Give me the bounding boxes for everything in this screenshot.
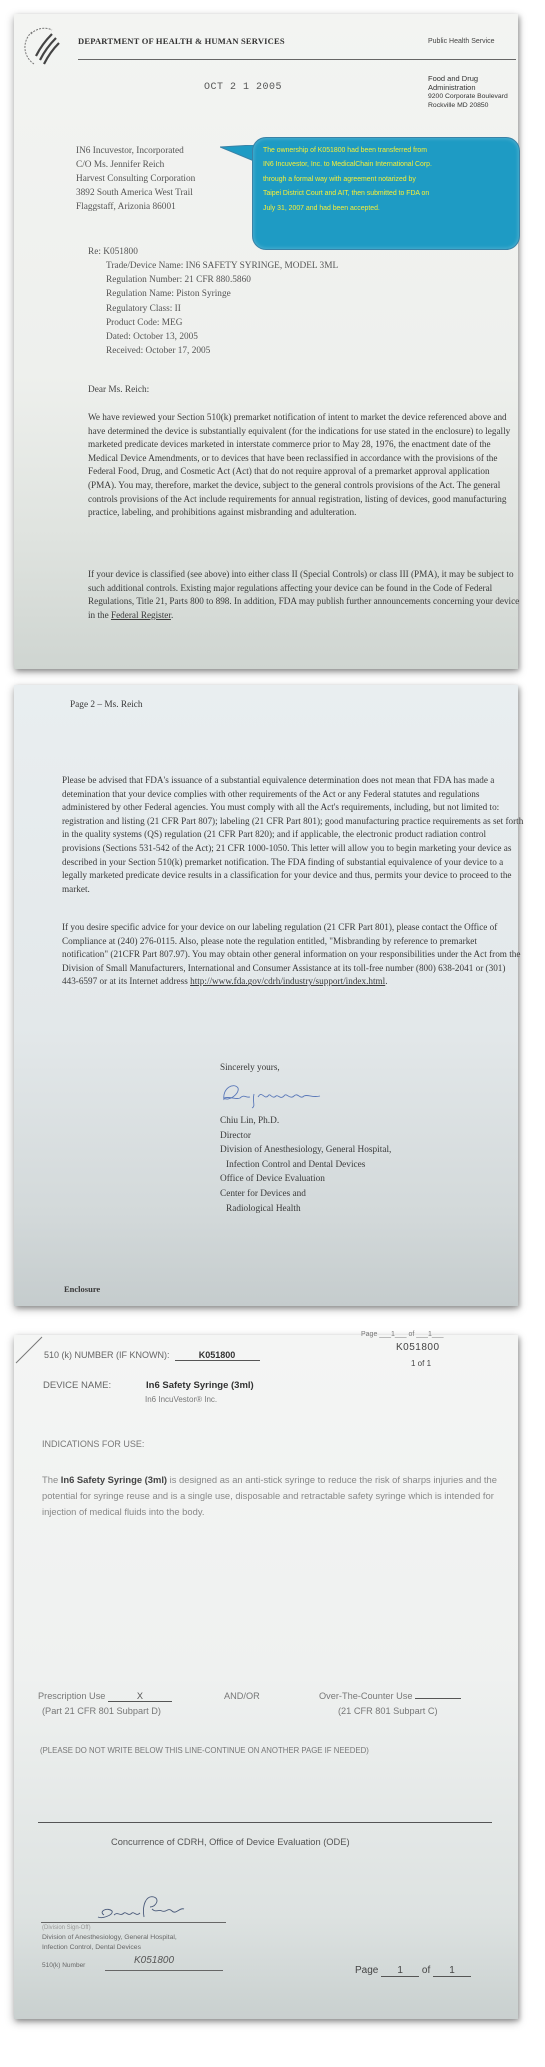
handwritten-k-number: K051800 [396, 1342, 440, 1353]
re-item: Received: October 17, 2005 [106, 344, 338, 358]
re-item: Product Code: MEG [106, 316, 338, 330]
device-name-value: In6 Safety Syringe (3ml) [146, 1380, 254, 1391]
corner-mark [14, 1335, 44, 1365]
k-number-footer-label: 510(k) Number [42, 1962, 85, 1969]
otc-use-label: Over-The-Counter Use [319, 1691, 412, 1701]
header-divider [78, 59, 516, 60]
address-line: Harvest Consulting Corporation [76, 172, 195, 186]
re-item: Regulatory Class: II [106, 302, 338, 316]
indications-label: INDICATIONS FOR USE: [42, 1439, 144, 1449]
page-total: 1 [433, 1965, 471, 1977]
signer-title: Director [220, 1129, 391, 1144]
callout-line: Taipei District Court and AIT, then subm… [263, 187, 517, 201]
agency-line: Rockville MD 20850 [428, 101, 518, 110]
write-notice: (PLEASE DO NOT WRITE BELOW THIS LINE-CON… [40, 1746, 369, 1755]
agency-line: 9200 Corporate Boulevard [428, 92, 518, 101]
re-item: Dated: October 13, 2005 [106, 330, 338, 344]
service-name: Public Health Service [428, 38, 495, 45]
indications-pre: The [42, 1474, 61, 1485]
division-signature [84, 1891, 204, 1923]
signature-line [41, 1922, 226, 1923]
federal-register-link[interactable]: Federal Register [111, 610, 171, 620]
prescription-use-row: Prescription Use X [38, 1691, 172, 1702]
address-line: C/O Ms. Jennifer Reich [76, 158, 195, 172]
otc-use-checkbox[interactable] [415, 1698, 461, 1699]
k-number-row: 510 (k) NUMBER (IF KNOWN):K051800 [44, 1350, 260, 1361]
agency-address: Food and Drug Administration 9200 Corpor… [428, 74, 518, 110]
page-label: Page [355, 1965, 378, 1976]
callout-text: The ownership of K051800 had been transf… [263, 144, 517, 216]
handwritten-page-count: 1 of 1 [411, 1359, 431, 1368]
signer-division: Infection Control and Dental Devices [220, 1158, 391, 1173]
device-name-label: DEVICE NAME: [43, 1380, 111, 1391]
k-number-footer-line [105, 1970, 223, 1971]
signoff-division: Division of Anesthesiology, General Hosp… [42, 1933, 177, 1952]
re-line: Re: K051800 [88, 245, 138, 259]
indications-text: The In6 Safety Syringe (3ml) is designed… [42, 1472, 506, 1520]
re-details: Trade/Device Name: IN6 SAFETY SYRINGE, M… [106, 259, 338, 358]
body-paragraph: We have reviewed your Section 510(k) pre… [88, 411, 520, 520]
otc-use-reference: (21 CFR 801 Subpart C) [338, 1706, 438, 1716]
re-item: Regulation Name: Piston Syringe [106, 287, 338, 301]
device-company: In6 IncuVestor® Inc. [145, 1395, 217, 1404]
signer-office: Office of Device Evaluation [220, 1172, 391, 1187]
indications-form-page: Page ___1___ of ___1___ K051800 1 of 1 5… [14, 1335, 518, 2019]
callout-line: through a formal way with agreement nota… [263, 173, 517, 187]
callout-line: July 31, 2007 and had been accepted. [263, 202, 517, 216]
signer-center: Center for Devices and [220, 1187, 391, 1202]
indications-device: In6 Safety Syringe (3ml) [61, 1474, 167, 1485]
signer-division: Division of Anesthesiology, General Hosp… [220, 1143, 391, 1158]
letter-page-1: DEPARTMENT OF HEALTH & HUMAN SERVICES Pu… [14, 14, 518, 669]
concurrence-heading: Concurrence of CDRH, Office of Device Ev… [111, 1837, 350, 1847]
k-number-label: 510 (k) NUMBER (IF KNOWN): [44, 1350, 170, 1360]
signoff-division-line: Infection Control, Dental Devices [42, 1943, 177, 1953]
recipient-address: IN6 Incuvestor, Incorporated C/O Ms. Jen… [76, 144, 195, 214]
department-name: DEPARTMENT OF HEALTH & HUMAN SERVICES [78, 36, 285, 46]
address-line: 3892 South America West Trail [76, 186, 195, 200]
page-of-label: of [422, 1965, 430, 1976]
prescription-use-checkbox[interactable]: X [108, 1691, 172, 1702]
division-signoff-label: (Division Sign-Off) [42, 1924, 91, 1933]
page-of-footer: Page 1 of 1 [355, 1965, 471, 1977]
and-or-label: AND/OR [224, 1691, 260, 1701]
signer-block: Chiu Lin, Ph.D. Director Division of Ane… [220, 1114, 391, 1216]
body-paragraph: Please be advised that FDA's issuance of… [62, 774, 524, 896]
date-stamp: OCT 2 1 2005 [204, 82, 282, 93]
fda-support-link[interactable]: http://www.fda.gov/cdrh/industry/support… [190, 976, 385, 986]
address-line: IN6 Incuvestor, Incorporated [76, 144, 195, 158]
re-item: Trade/Device Name: IN6 SAFETY SYRINGE, M… [106, 259, 338, 273]
callout-line: IN6 Incuvestor, Inc. to MedicalChain Int… [263, 158, 517, 172]
re-item: Regulation Number: 21 CFR 880.5860 [106, 273, 338, 287]
k-number-value: K051800 [175, 1350, 260, 1361]
signer-name: Chiu Lin, Ph.D. [220, 1114, 391, 1129]
signoff-division-line: Division of Anesthesiology, General Hosp… [42, 1933, 177, 1943]
enclosure-label: Enclosure [64, 1284, 100, 1294]
salutation: Dear Ms. Reich: [88, 385, 149, 395]
address-line: Flaggstaff, Arizonia 86001 [76, 200, 195, 214]
top-page-number: Page ___1___ of ___1___ [361, 1331, 444, 1338]
otc-use-row: Over-The-Counter Use [319, 1691, 461, 1701]
page-header: Page 2 – Ms. Reich [70, 700, 143, 710]
callout-line: The ownership of K051800 had been transf… [263, 144, 517, 158]
k-number-footer-handwritten: K051800 [134, 1955, 174, 1966]
body-paragraph: If your device is classified (see above)… [88, 568, 520, 622]
page-number: 1 [381, 1965, 419, 1977]
hhs-eagle-seal-icon [22, 24, 68, 70]
paragraph-end: . [171, 610, 173, 620]
closing: Sincerely yours, [220, 1062, 280, 1072]
paragraph-end: . [385, 976, 387, 986]
director-signature [220, 1080, 325, 1110]
body-paragraph: If you desire specific advice for your d… [62, 921, 524, 989]
letter-page-2: Page 2 – Ms. Reich Please be advised tha… [14, 685, 518, 1306]
prescription-use-label: Prescription Use [38, 1691, 105, 1701]
signer-center: Radiological Health [220, 1202, 391, 1217]
form-divider [38, 1822, 492, 1823]
agency-line: Food and Drug Administration [428, 74, 518, 92]
prescription-use-reference: (Part 21 CFR 801 Subpart D) [42, 1706, 161, 1716]
